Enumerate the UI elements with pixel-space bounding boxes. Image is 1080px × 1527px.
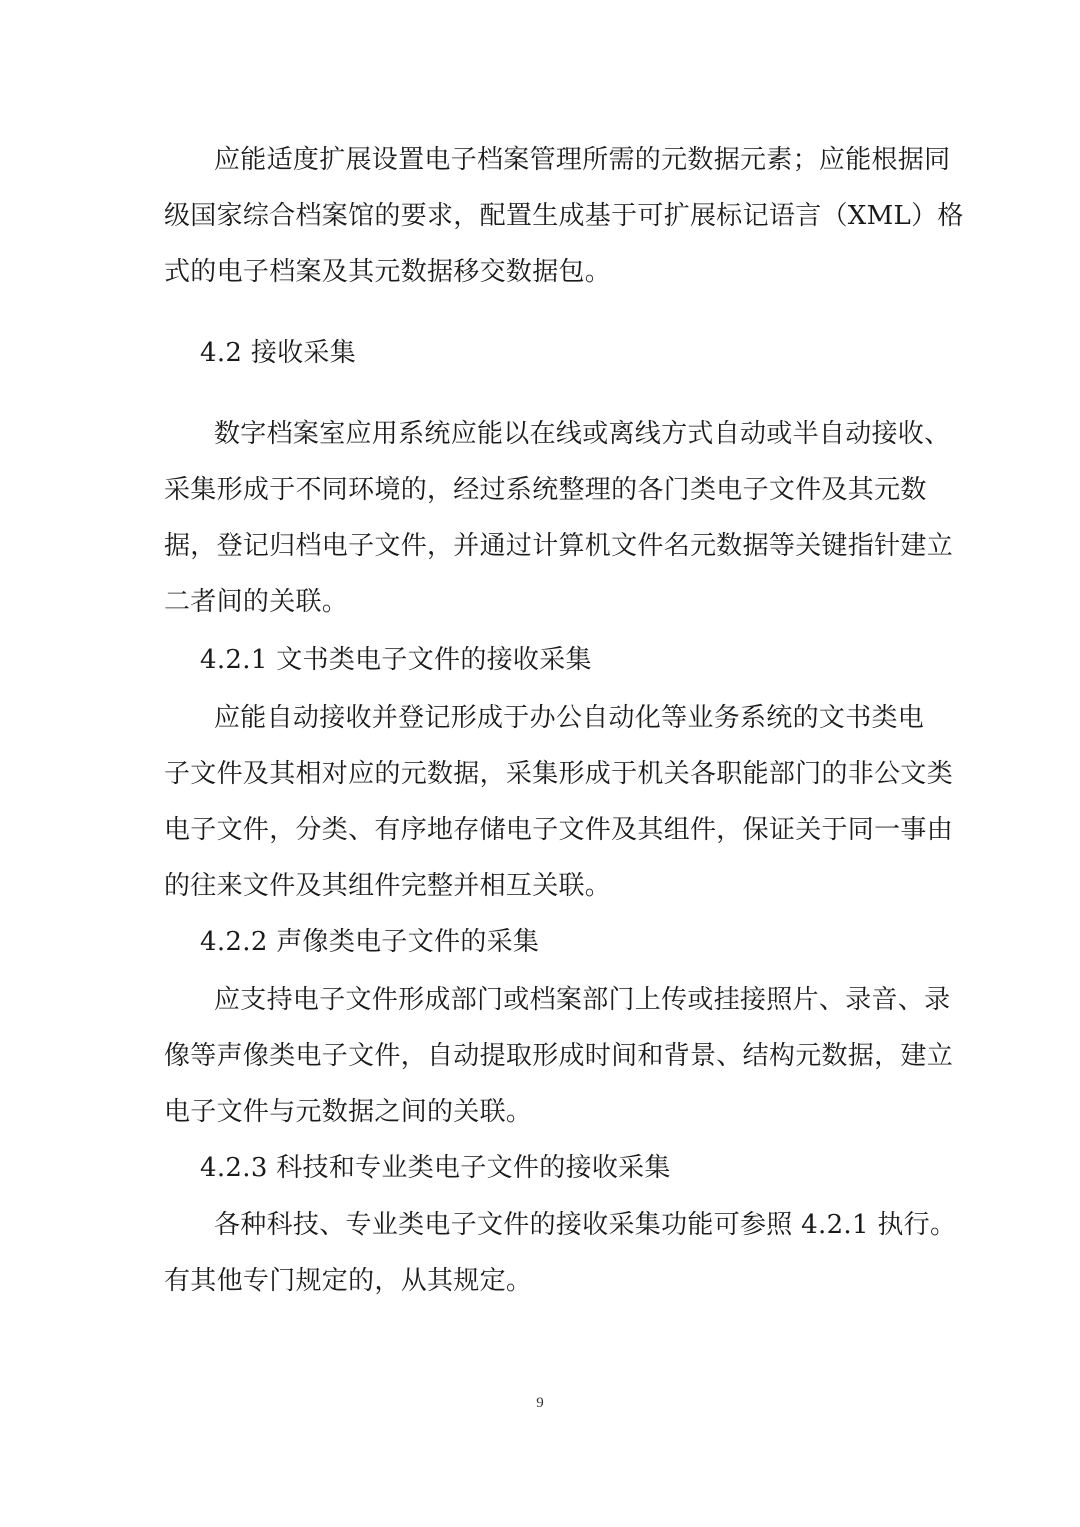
section-heading: 4.2.1 文书类电子文件的接收采集 bbox=[200, 644, 592, 676]
paragraph-line: 采集形成于不同环境的，经过系统整理的各门类电子文件及其元数 bbox=[164, 474, 927, 506]
paragraph-line: 电子文件与元数据之间的关联。 bbox=[164, 1096, 532, 1128]
section-heading: 4.2.2 声像类电子文件的采集 bbox=[200, 926, 539, 958]
paragraph-line: 级国家综合档案馆的要求，配置生成基于可扩展标记语言（XML）格 bbox=[164, 200, 964, 232]
page-number: 9 bbox=[0, 1395, 1080, 1412]
paragraph-line: 式的电子档案及其元数据移交数据包。 bbox=[164, 256, 611, 288]
paragraph-line: 应能自动接收并登记形成于办公自动化等业务系统的文书类电 bbox=[214, 702, 924, 734]
paragraph-line: 数字档案室应用系统应能以在线或离线方式自动或半自动接收、 bbox=[214, 418, 950, 450]
paragraph-line: 电子文件，分类、有序地存储电子文件及其组件，保证关于同一事由 bbox=[164, 814, 953, 846]
paragraph-line: 应能适度扩展设置电子档案管理所需的元数据元素；应能根据同 bbox=[214, 144, 950, 176]
paragraph-line: 据，登记归档电子文件，并通过计算机文件名元数据等关键指针建立 bbox=[164, 530, 953, 562]
paragraph-line: 二者间的关联。 bbox=[164, 586, 348, 618]
paragraph-line: 各种科技、专业类电子文件的接收采集功能可参照 4.2.1 执行。 bbox=[214, 1209, 956, 1241]
paragraph-line: 有其他专门规定的，从其规定。 bbox=[164, 1265, 532, 1297]
paragraph-line: 子文件及其相对应的元数据，采集形成于机关各职能部门的非公文类 bbox=[164, 758, 953, 790]
section-heading: 4.2 接收采集 bbox=[200, 337, 356, 369]
paragraph-line: 的往来文件及其组件完整并相互关联。 bbox=[164, 870, 611, 902]
paragraph-line: 像等声像类电子文件，自动提取形成时间和背景、结构元数据，建立 bbox=[164, 1040, 953, 1072]
paragraph-line: 应支持电子文件形成部门或档案部门上传或挂接照片、录音、录 bbox=[214, 984, 950, 1016]
section-heading: 4.2.3 科技和专业类电子文件的接收采集 bbox=[200, 1152, 671, 1184]
